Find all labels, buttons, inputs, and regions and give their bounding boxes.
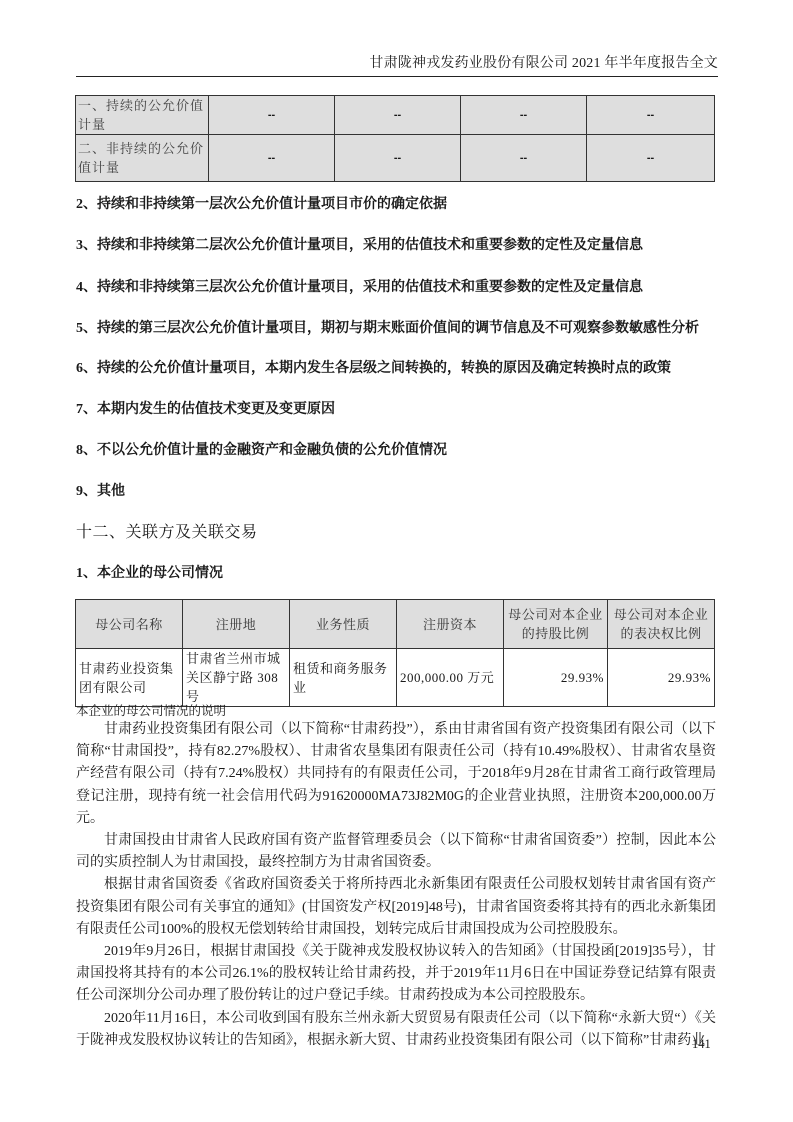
- parent-name-cell: 甘肃药业投资集团有限公司: [76, 649, 183, 707]
- paragraph: 甘肃药业投资集团有限公司（以下简称“甘肃药投”），系由甘肃省国有资产投资集团有限…: [76, 719, 716, 830]
- heading-item-6: 6、持续的公允价值计量项目，本期内发生各层级之间转换的，转换的原因及确定转换时点…: [76, 357, 671, 377]
- voting-ratio-cell: 29.93%: [608, 649, 715, 707]
- table-row: 一、持续的公允价值计量 -- -- -- --: [76, 96, 715, 135]
- paragraph: 2019年9月26日，根据甘肃国投《关于陇神戎发股权协议转入的告知函》（甘国投函…: [76, 941, 716, 1008]
- column-header: 注册资本: [397, 600, 504, 649]
- heading-item-8: 8、不以公允价值计量的金融资产和金融负债的公允价值情况: [76, 439, 447, 459]
- shareholding-ratio-cell: 29.93%: [504, 649, 608, 707]
- table-row: 甘肃药业投资集团有限公司 甘肃省兰州市城关区静宁路 308 号 租赁和商务服务业…: [76, 649, 715, 707]
- heading-item-2: 2、持续和非持续第一层次公允价值计量项目市价的确定依据: [76, 193, 447, 213]
- paragraph: 根据甘肃省国资委《省政府国资委关于将所持西北永新集团有限责任公司股权划转甘肃省国…: [76, 874, 716, 941]
- report-title: 甘肃陇神戎发药业股份有限公司 2021 年半年度报告全文: [369, 52, 718, 72]
- row-label: 二、非持续的公允价值计量: [76, 135, 209, 182]
- page-header: 甘肃陇神戎发药业股份有限公司 2021 年半年度报告全文: [76, 50, 718, 77]
- table-cell: --: [587, 135, 715, 182]
- body-text: 甘肃药业投资集团有限公司（以下简称“甘肃药投”），系由甘肃省国有资产投资集团有限…: [76, 719, 716, 1052]
- heading-item-3: 3、持续和非持续第二层次公允价值计量项目，采用的估值技术和重要参数的定性及定量信…: [76, 234, 643, 254]
- registered-capital-cell: 200,000.00 万元: [397, 649, 504, 707]
- table-cell: --: [335, 135, 461, 182]
- table-cell: --: [209, 135, 335, 182]
- table-caption: 本企业的母公司情况的说明: [76, 701, 226, 719]
- table-cell: --: [587, 96, 715, 135]
- column-header: 母公司对本企业的表决权比例: [608, 600, 715, 649]
- paragraph: 甘肃国投由甘肃省人民政府国有资产监督管理委员会（以下简称“甘肃省国资委”）控制，…: [76, 830, 716, 874]
- table-cell: --: [461, 135, 587, 182]
- column-header: 母公司对本企业的持股比例: [504, 600, 608, 649]
- heading-item-9: 9、其他: [76, 480, 125, 500]
- fair-value-summary-table: 一、持续的公允价值计量 -- -- -- -- 二、非持续的公允价值计量 -- …: [75, 95, 715, 182]
- business-nature-cell: 租赁和商务服务业: [290, 649, 397, 707]
- table-header-row: 母公司名称 注册地 业务性质 注册资本 母公司对本企业的持股比例 母公司对本企业…: [76, 600, 715, 649]
- heading-item-5: 5、持续的第三层次公允价值计量项目，期初与期末账面价值间的调节信息及不可观察参数…: [76, 317, 699, 337]
- table-cell: --: [461, 96, 587, 135]
- paragraph: 2020年11月16日，本公司收到国有股东兰州永新大贸贸易有限责任公司（以下简称…: [76, 1008, 716, 1052]
- column-header: 注册地: [183, 600, 290, 649]
- section-title: 十二、关联方及关联交易: [76, 519, 258, 542]
- subsection-title: 1、本企业的母公司情况: [76, 562, 223, 582]
- registered-location-cell: 甘肃省兰州市城关区静宁路 308 号: [183, 649, 290, 707]
- page-number: 141: [692, 1037, 711, 1052]
- column-header: 业务性质: [290, 600, 397, 649]
- heading-item-7: 7、本期内发生的估值技术变更及变更原因: [76, 398, 335, 418]
- table-row: 二、非持续的公允价值计量 -- -- -- --: [76, 135, 715, 182]
- heading-item-4: 4、持续和非持续第三层次公允价值计量项目，采用的估值技术和重要参数的定性及定量信…: [76, 276, 643, 296]
- row-label: 一、持续的公允价值计量: [76, 96, 209, 135]
- table-cell: --: [335, 96, 461, 135]
- parent-company-table: 母公司名称 注册地 业务性质 注册资本 母公司对本企业的持股比例 母公司对本企业…: [75, 599, 715, 707]
- column-header: 母公司名称: [76, 600, 183, 649]
- table-cell: --: [209, 96, 335, 135]
